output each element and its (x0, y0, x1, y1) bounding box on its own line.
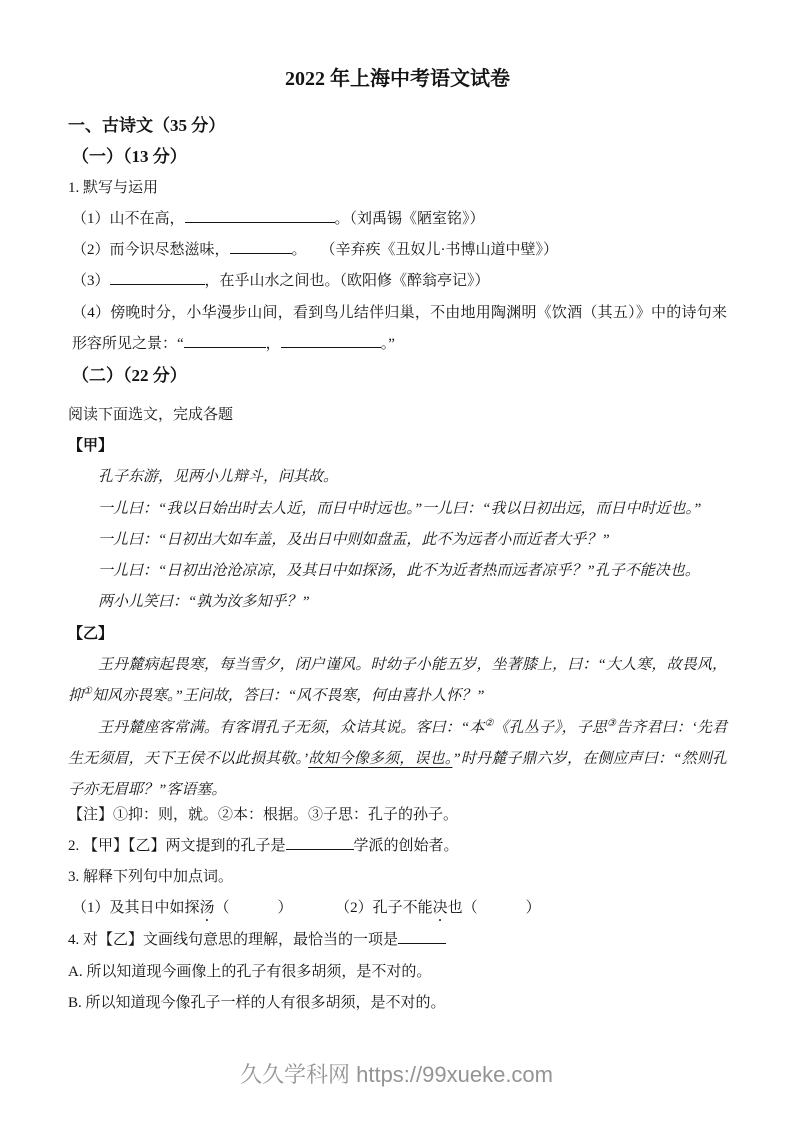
q3-item-2-paren-open: 也（ (448, 900, 478, 916)
yi-p2-text-b: 《孔丛子》，子思 (494, 720, 607, 736)
q1-item-4-comma: ， (266, 336, 281, 352)
note-ref-2: ② (484, 718, 493, 729)
passage-yi-paragraph-2: 王丹麓座客常满。有客谓孔子无须，众诘其说。客曰：“本②《孔丛子》，子思③告齐君曰… (68, 713, 727, 807)
q3-item-1-dotted-char: 汤 (200, 900, 215, 916)
passage-jia-paragraph-3: 一儿曰：“日初出大如车盖，及出日中则如盘盂，此不为远者小而近者大乎？” (68, 525, 727, 556)
q1-item-2-blank (230, 239, 292, 254)
part1-heading: （一）（13 分） (68, 141, 727, 172)
q3-item-2: （2）孔子不能决也（） (343, 900, 541, 916)
exam-title: 2022 年上海中考语文试卷 (68, 64, 727, 94)
passage-jia-paragraph-1: 孔子东游，见两小儿辩斗，问其故。 (68, 462, 727, 493)
q1-item-1-text: （1）山不在高， (72, 211, 185, 227)
yi-p1-text-b: 知风亦畏寒。”王问故，答曰：“风不畏寒，何由喜扑人怀？” (92, 688, 485, 704)
q3-items: （1）及其日中如探汤（）（2）孔子不能决也（） (68, 893, 727, 925)
passage-jia-paragraph-2: 一儿曰：“我以日始出时去人近，而日中时远也。”一儿曰：“我以日初出远，而日中时近… (68, 494, 727, 525)
q1-item-3-blank (110, 270, 205, 285)
section1-heading: 一、古诗文（35 分） (68, 110, 727, 141)
yi-p2-text-a: 王丹麓座客常满。有客谓孔子无须，众诘其说。客曰：“本 (98, 720, 484, 736)
q1-item-4-end: 。” (381, 336, 395, 352)
q1-item-4-blank-2 (281, 333, 381, 348)
q4-option-a: A. 所以知道现今画像上的孔子有很多胡须，是不对的。 (68, 957, 727, 988)
passage-jia-paragraph-5: 两小儿笑曰：“孰为汝多知乎？” (68, 587, 727, 618)
q1-item-2-text: （2）而今识尽愁滋味， (72, 242, 230, 258)
q1-item-1-blank (185, 208, 335, 223)
q2-line: 2. 【甲】【乙】两文提到的孔子是学派的创始者。 (68, 831, 727, 862)
watermark-footer: 久久学科网 https://99xueke.com (0, 1058, 793, 1089)
q1-item-3-text: ，在乎山水之间也。（欧阳修《醉翁亭记》） (205, 273, 490, 289)
passage-jia-paragraph-4: 一儿曰：“日初出沧沧凉凉，及其日中如探汤，此不为近者热而远者凉乎？”孔子不能决也… (68, 556, 727, 587)
q3-item-2-text: （2）孔子不能 (343, 900, 433, 916)
yi-p2-underlined-sentence: 故知今像多须，误也。 (308, 751, 452, 767)
q3-item-2-paren-close: ） (526, 900, 541, 916)
q3-item-1-paren-close: ） (278, 900, 293, 916)
q2-blank (286, 835, 354, 850)
q1-item-2: （2）而今识尽愁滋味，。（辛弃疾《丑奴儿·书博山道中壁》） (68, 235, 727, 266)
exam-page: 2022 年上海中考语文试卷 一、古诗文（35 分） （一）（13 分） 1. … (0, 0, 793, 1122)
passage-yi-label: 【乙】 (68, 619, 727, 650)
q4-text: 4. 对【乙】文画线句意思的理解，最恰当的一项是 (68, 932, 398, 948)
note-ref-1: ① (83, 686, 92, 697)
q2-text-end: 学派的创始者。 (354, 838, 459, 854)
part2-intro: 阅读下面选文，完成各题 (68, 400, 727, 431)
q1-item-4-blank-1 (184, 333, 266, 348)
q3-item-1: （1）及其日中如探汤（） (72, 900, 293, 916)
part2-heading: （二）（22 分） (68, 360, 727, 391)
q4-line: 4. 对【乙】文画线句意思的理解，最恰当的一项是 (68, 925, 727, 956)
note-ref-3: ③ (607, 718, 616, 729)
q1-item-1-source: 。（刘禹锡《陋室铭》） (335, 211, 485, 227)
q1-item-4-text: （4）傍晚时分，小华漫步山间，看到鸟儿结伴归巢，不由地用陶渊明《饮酒（其五）》中… (72, 305, 727, 352)
q3-title: 3. 解释下列句中加点词。 (68, 862, 727, 893)
q1-item-2-period: 。 (292, 242, 307, 258)
q1-item-3-num: （3） (72, 273, 110, 289)
q3-item-1-paren-open: （ (215, 900, 230, 916)
q1-item-1: （1）山不在高，。（刘禹锡《陋室铭》） (68, 204, 727, 235)
q2-text: 2. 【甲】【乙】两文提到的孔子是 (68, 838, 286, 854)
q1-item-2-source: （辛弃疾《丑奴儿·书博山道中壁》） (321, 242, 559, 258)
q4-blank (398, 929, 446, 944)
q1-title: 1. 默写与运用 (68, 173, 727, 204)
passage-notes: 【注】①抑：则，就。②本：根据。③子思：孔子的孙子。 (68, 800, 727, 831)
q3-item-1-text: （1）及其日中如探 (72, 900, 200, 916)
q1-item-4: （4）傍晚时分，小华漫步山间，看到鸟儿结伴归巢，不由地用陶渊明《饮酒（其五）》中… (68, 298, 727, 361)
q4-option-b: B. 所以知道现今像孔子一样的人有很多胡须，是不对的。 (68, 988, 727, 1019)
q3-item-2-dotted-char: 决 (433, 900, 448, 916)
passage-yi-paragraph-1: 王丹麓病起畏寒，每当雪夕，闭户谨风。时幼子小能五岁，坐著膝上，曰：“大人寒，故畏… (68, 650, 727, 713)
q1-item-3: （3），在乎山水之间也。（欧阳修《醉翁亭记》） (68, 266, 727, 297)
passage-jia-label: 【甲】 (68, 431, 727, 462)
